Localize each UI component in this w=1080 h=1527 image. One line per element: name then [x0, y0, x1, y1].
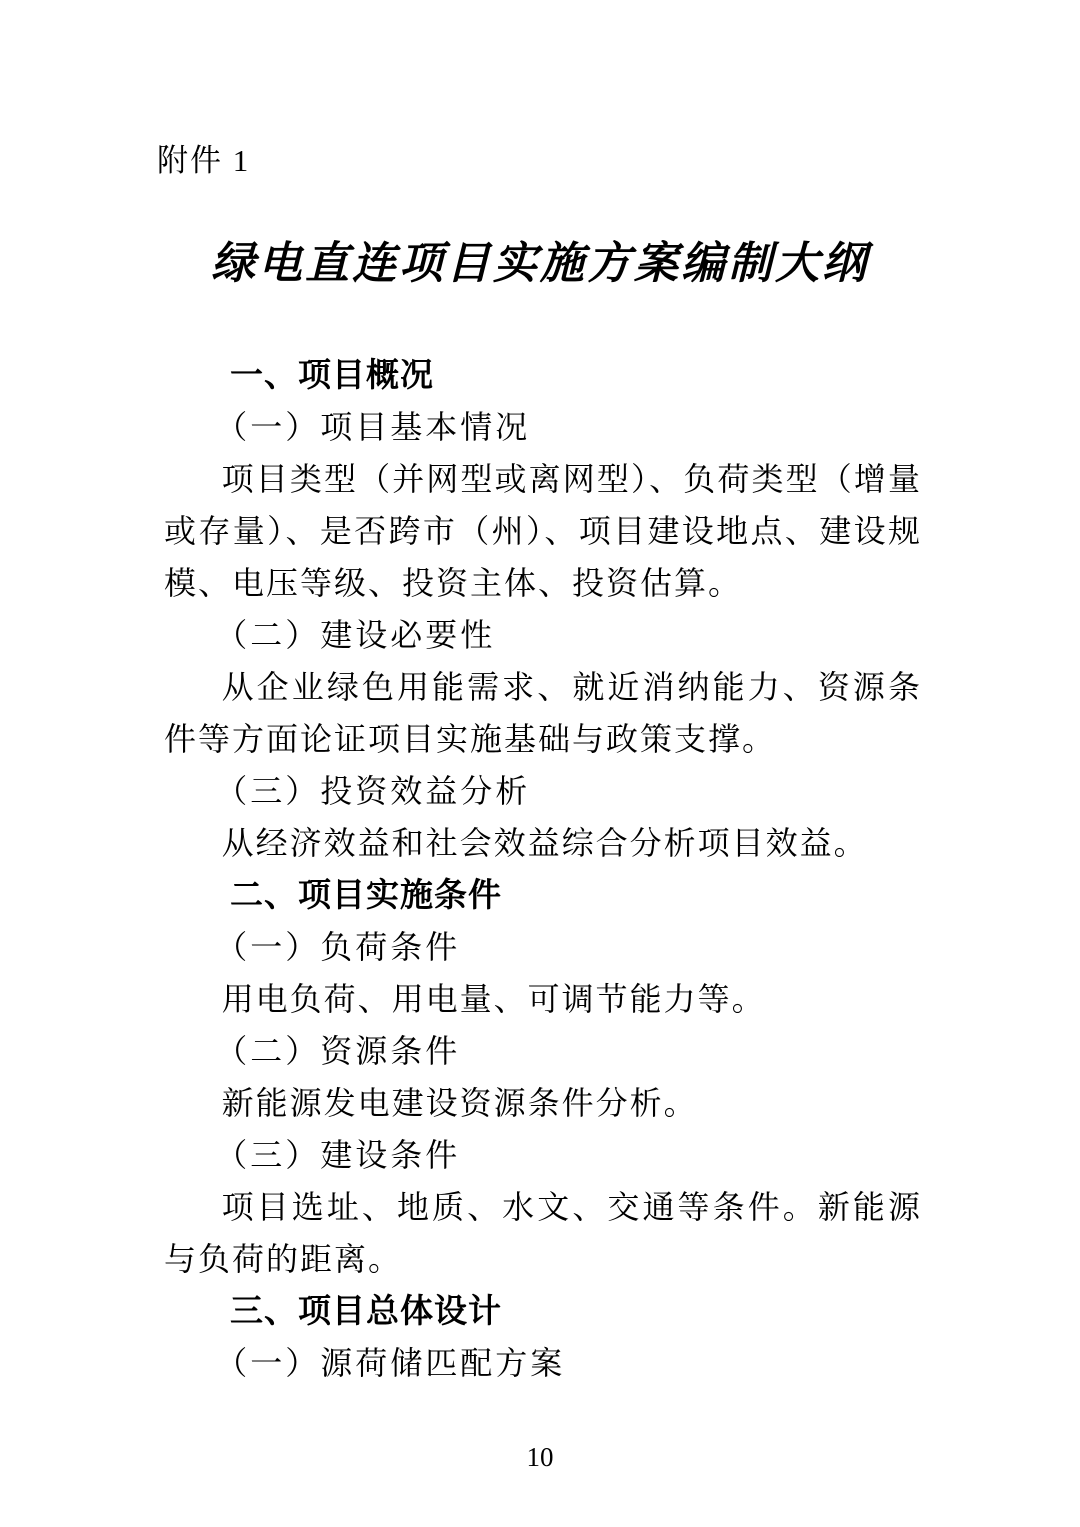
section-heading-2: 二、项目实施条件 — [164, 869, 922, 921]
outline-content: 一、项目概况 （一）项目基本情况 项目类型（并网型或离网型）、负荷类型（增量或存… — [164, 349, 922, 1389]
paragraph-2-1: 用电负荷、用电量、可调节能力等。 — [164, 973, 922, 1025]
paragraph-1-1: 项目类型（并网型或离网型）、负荷类型（增量或存量）、是否跨市（州）、项目建设地点… — [164, 453, 922, 609]
section-heading-3: 三、项目总体设计 — [164, 1285, 922, 1337]
page-number: 10 — [0, 1441, 1080, 1473]
subsection-heading-1-2: （二）建设必要性 — [164, 609, 922, 661]
subsection-heading-3-1: （一）源荷储匹配方案 — [164, 1337, 922, 1389]
paragraph-1-2: 从企业绿色用能需求、就近消纳能力、资源条件等方面论证项目实施基础与政策支撑。 — [164, 661, 922, 765]
subsection-heading-1-1: （一）项目基本情况 — [164, 401, 922, 453]
paragraph-2-3: 项目选址、地质、水文、交通等条件。新能源与负荷的距离。 — [164, 1181, 922, 1285]
paragraph-1-3: 从经济效益和社会效益综合分析项目效益。 — [164, 817, 922, 869]
subsection-heading-2-3: （三）建设条件 — [164, 1129, 922, 1181]
subsection-heading-2-1: （一）负荷条件 — [164, 921, 922, 973]
section-heading-1: 一、项目概况 — [164, 349, 922, 401]
subsection-heading-1-3: （三）投资效益分析 — [164, 765, 922, 817]
subsection-heading-2-2: （二）资源条件 — [164, 1025, 922, 1077]
document-page: 附件 1 绿电直连项目实施方案编制大纲 一、项目概况 （一）项目基本情况 项目类… — [0, 0, 1080, 1527]
attachment-label: 附件 1 — [157, 141, 250, 181]
paragraph-2-2: 新能源发电建设资源条件分析。 — [164, 1077, 922, 1129]
document-title: 绿电直连项目实施方案编制大纲 — [0, 236, 1080, 292]
